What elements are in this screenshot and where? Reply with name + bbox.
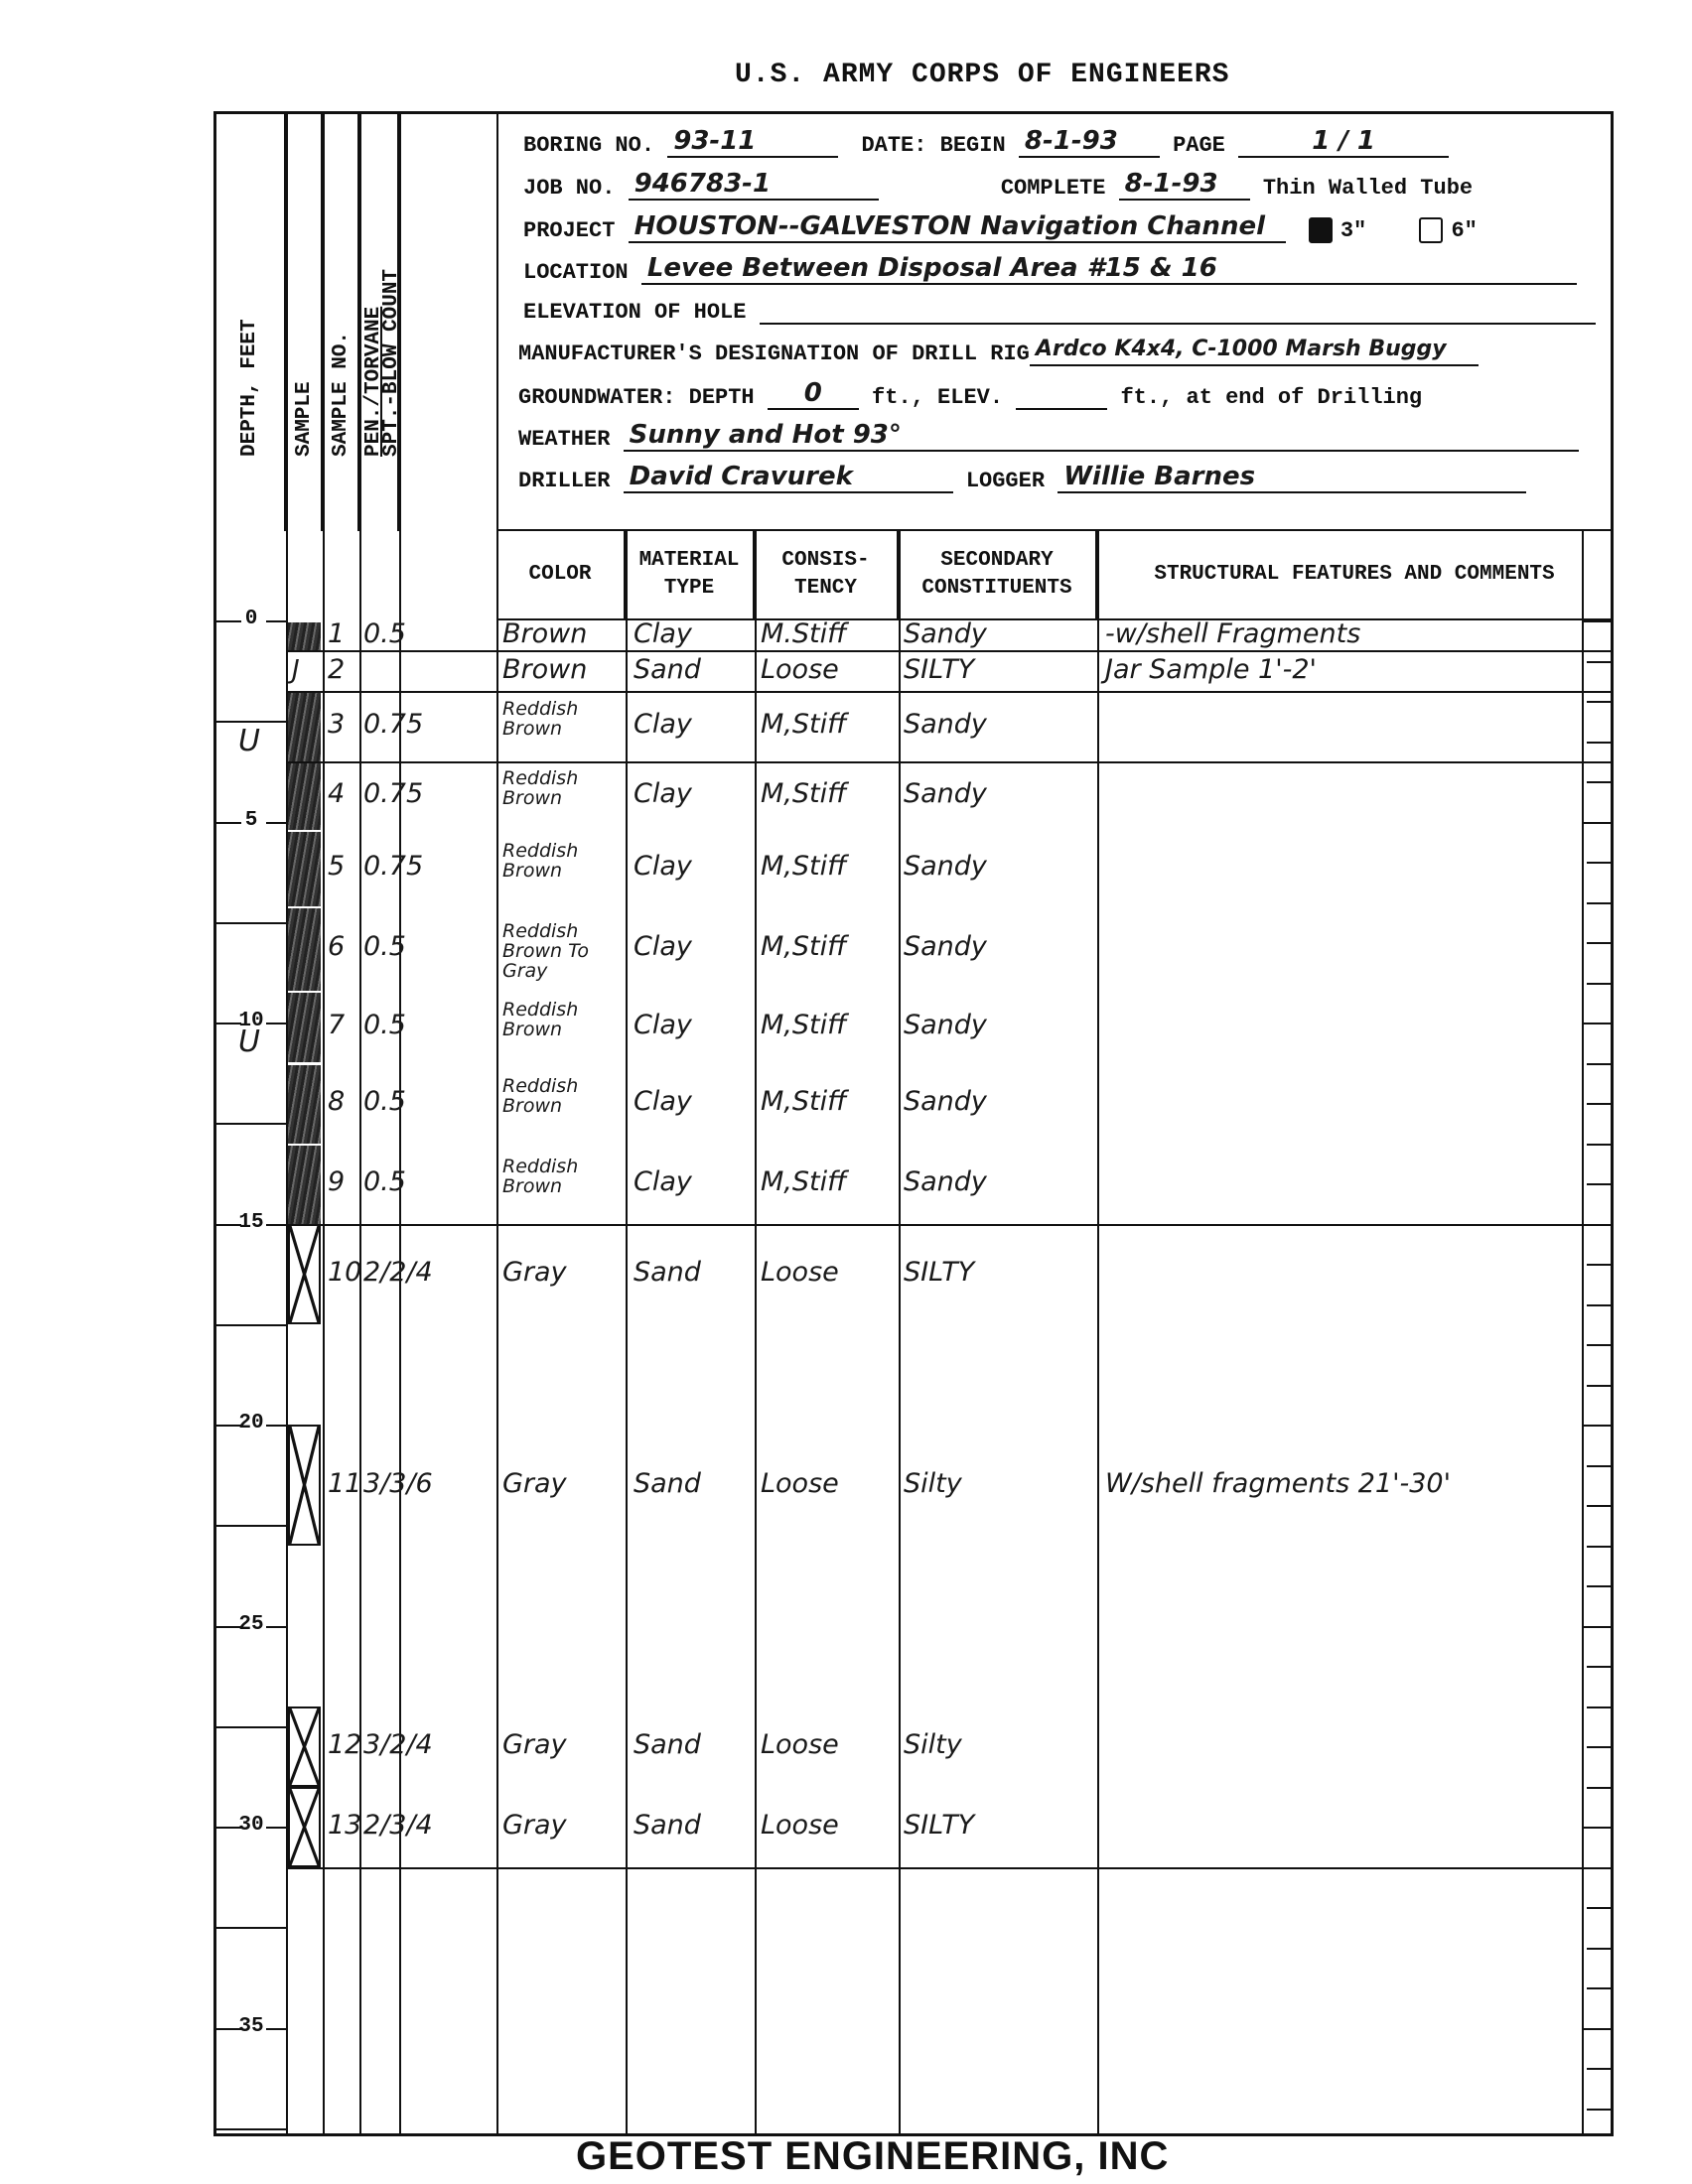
- color-value: Reddish Brown: [502, 1077, 622, 1117]
- consistency-value: M.Stiff: [761, 618, 847, 649]
- tube-sample-marker: [288, 693, 321, 761]
- pen-torvane-value: 3/3/6: [363, 1468, 433, 1499]
- secondary-constituents-value: Silty: [904, 1729, 962, 1760]
- secondary-constituents-column-header: SECONDARY CONSTITUENTS: [899, 531, 1097, 620]
- tube-3in-checkbox[interactable]: [1309, 217, 1333, 243]
- consistency-value: Loose: [761, 654, 839, 685]
- groundwater-elev-field[interactable]: [1016, 380, 1107, 410]
- project-label: PROJECT: [523, 218, 615, 243]
- consistency-value: M,Stiff: [761, 709, 847, 740]
- sample-number: 6: [328, 931, 345, 962]
- consistency-value: M,Stiff: [761, 851, 847, 882]
- thin-walled-tube-label: Thin Walled Tube: [1263, 176, 1473, 201]
- depth-gridline: [216, 1324, 286, 1326]
- row-separator: [286, 650, 1614, 652]
- elevation-label: ELEVATION OF HOLE: [523, 300, 746, 325]
- depth-tick-label: 25: [216, 1613, 286, 1636]
- scale-tick: [1587, 1144, 1614, 1146]
- spt-sample-marker: [288, 1787, 321, 1867]
- scale-tick: [1582, 1023, 1614, 1024]
- secondary-constituents-value: Sandy: [904, 851, 987, 882]
- scale-tick: [1587, 862, 1614, 864]
- sample-number: 9: [328, 1166, 345, 1197]
- driller-row: DRILLER David Cravurek LOGGER Willie Bar…: [518, 462, 1526, 493]
- tube-sample-marker: [288, 763, 321, 830]
- scale-tick: [1582, 822, 1614, 824]
- material-type-value: Sand: [634, 1729, 701, 1760]
- scale-tick: [1582, 1425, 1614, 1427]
- depth-tick-label: 0: [216, 608, 286, 630]
- material-type-value: Sand: [634, 654, 701, 685]
- date-begin-field[interactable]: 8-1-93: [1019, 126, 1160, 158]
- tube-sample-marker: [288, 832, 321, 906]
- row-separator: [286, 1867, 1614, 1869]
- sample-number: 8: [328, 1086, 345, 1117]
- grid-column-line: [323, 114, 325, 2134]
- elevation-field[interactable]: [760, 295, 1596, 325]
- groundwater-depth-field[interactable]: 0: [768, 378, 859, 410]
- scale-tick: [1587, 1264, 1614, 1266]
- sample-label: SAMPLE: [293, 381, 316, 457]
- grid-column-line: [755, 531, 757, 2134]
- secondary-constituents-value: Sandy: [904, 1086, 987, 1117]
- tube-sample-marker: [288, 1146, 321, 1224]
- color-value: Reddish Brown To Gray: [502, 922, 622, 982]
- depth-gridline: [216, 922, 286, 924]
- pen-torvane-value: 3/2/4: [363, 1729, 433, 1760]
- sample-number: 2: [328, 654, 345, 685]
- scale-tick: [1587, 1063, 1614, 1065]
- scale-tick: [1587, 983, 1614, 985]
- scale-tick: [1587, 1505, 1614, 1507]
- ft-elev-label: ft., ELEV.: [872, 385, 1003, 410]
- boring-log-form: DEPTH, FEET SAMPLE SAMPLE NO. PEN./TORVA…: [213, 111, 1614, 2136]
- grid-column-line: [626, 531, 628, 2134]
- consistency-value: Loose: [761, 1810, 839, 1841]
- pen-torvane-value: 0.5: [363, 1010, 406, 1040]
- consistency-value: Loose: [761, 1468, 839, 1499]
- depth-tick-label: 5: [216, 809, 286, 832]
- boring-no-label: BORING NO.: [523, 133, 654, 158]
- consistency-value: M,Stiff: [761, 1166, 847, 1197]
- project-field[interactable]: HOUSTON--GALVESTON Navigation Channel: [629, 211, 1286, 243]
- pen-torvane-value: 0.5: [363, 931, 406, 962]
- spt-sample-marker: [288, 1425, 321, 1546]
- job-no-row: JOB NO. 946783-1 COMPLETE 8-1-93 Thin Wa…: [523, 169, 1473, 201]
- color-value: Reddish Brown: [502, 769, 622, 809]
- date-begin-label: DATE: BEGIN: [861, 133, 1005, 158]
- company-footer: GEOTEST ENGINEERING, INC: [576, 2134, 1169, 2179]
- scale-tick: [1587, 1546, 1614, 1548]
- location-field[interactable]: Levee Between Disposal Area #15 & 16: [641, 253, 1577, 285]
- scale-tick: [1587, 1304, 1614, 1306]
- complete-label: COMPLETE: [1001, 176, 1106, 201]
- sample-number: 5: [328, 851, 345, 882]
- spt-sample-marker: [288, 1224, 321, 1324]
- drill-rig-field[interactable]: Ardco K4x4, C-1000 Marsh Buggy: [1030, 337, 1479, 366]
- logger-field[interactable]: Willie Barnes: [1057, 462, 1526, 493]
- secondary-constituents-value: Sandy: [904, 1166, 987, 1197]
- grid-column-line: [1582, 531, 1584, 2134]
- scale-tick: [1587, 1666, 1614, 1668]
- date-complete-field[interactable]: 8-1-93: [1119, 169, 1250, 201]
- structural-comments-value: W/shell fragments 21'-30': [1105, 1468, 1451, 1499]
- color-value: Brown: [502, 654, 587, 685]
- pen-torvane-value: 0.5: [363, 618, 406, 649]
- consistency-value: Loose: [761, 1257, 839, 1288]
- pen-torvane-value: 0.75: [363, 709, 423, 740]
- color-value: Gray: [502, 1729, 567, 1760]
- pen-torvane-column-header: PEN./TORVANE SPT.-BLOW COUNT: [359, 114, 399, 531]
- agency-title: U.S. ARMY CORPS OF ENGINEERS: [735, 60, 1229, 90]
- pen-torvane-value: 2/3/4: [363, 1810, 433, 1841]
- material-type-value: Clay: [634, 1010, 692, 1040]
- job-no-field[interactable]: 946783-1: [629, 169, 879, 201]
- row-separator: [286, 761, 1614, 763]
- sample-number: 1: [328, 618, 345, 649]
- secondary-constituents-value: Sandy: [904, 778, 987, 809]
- sample-no-label: SAMPLE NO.: [330, 332, 352, 457]
- depth-tick-label: 20: [216, 1412, 286, 1434]
- consistency-value: M,Stiff: [761, 1010, 847, 1040]
- scale-tick: [1587, 1706, 1614, 1708]
- depth-gridline: [216, 1927, 286, 1929]
- scale-tick: [1582, 1626, 1614, 1628]
- weather-field[interactable]: Sunny and Hot 93°: [624, 420, 1579, 452]
- tube-sample-marker: [288, 993, 321, 1063]
- sample-number: 7: [328, 1010, 345, 1040]
- scale-tick: [1587, 1465, 1614, 1467]
- jar-sample-marker: J: [292, 655, 300, 685]
- secondary-constituents-value: Sandy: [904, 618, 987, 649]
- scale-tick: [1587, 661, 1614, 663]
- sample-number: 4: [328, 778, 345, 809]
- material-type-value: Clay: [634, 778, 692, 809]
- secondary-constituents-value: Sandy: [904, 931, 987, 962]
- scale-tick: [1587, 2109, 1614, 2111]
- color-value: Gray: [502, 1468, 567, 1499]
- location-row: LOCATION Levee Between Disposal Area #15…: [523, 253, 1577, 285]
- consistency-value: M,Stiff: [761, 778, 847, 809]
- secondary-constituents-value: SILTY: [904, 1257, 974, 1288]
- scale-tick: [1587, 1344, 1614, 1346]
- pen-torvane-value: 0.75: [363, 851, 423, 882]
- undisturbed-depth-mark: U: [238, 1024, 260, 1059]
- tube-sample-marker: [288, 622, 321, 650]
- pen-torvane-value: 0.5: [363, 1086, 406, 1117]
- secondary-constituents-value: SILTY: [904, 1810, 974, 1841]
- grid-column-line: [496, 531, 498, 2134]
- material-type-value: Sand: [634, 1468, 701, 1499]
- sample-number: 13: [328, 1810, 361, 1841]
- tube-sample-marker: [288, 908, 321, 991]
- color-column-header: COLOR: [496, 531, 626, 620]
- structural-comments-value: -w/shell Fragments: [1105, 618, 1360, 649]
- spt-sample-marker: [288, 1706, 321, 1787]
- location-label: LOCATION: [523, 260, 629, 285]
- drill-rig-label: MANUFACTURER'S DESIGNATION OF DRILL RIG: [518, 341, 1030, 366]
- grid-column-line: [899, 531, 901, 2134]
- sample-number: 10: [328, 1257, 361, 1288]
- material-type-value: Clay: [634, 1166, 692, 1197]
- depth-tick-label: 30: [216, 1814, 286, 1837]
- scale-tick: [1587, 942, 1614, 944]
- scale-tick: [1582, 1827, 1614, 1829]
- scale-tick: [1587, 1987, 1614, 1989]
- structural-comments-value: Jar Sample 1'-2': [1105, 654, 1317, 685]
- scale-tick: [1587, 902, 1614, 904]
- row-separator: [286, 691, 1614, 693]
- consistency-value: M,Stiff: [761, 931, 847, 962]
- pen-torvane-value: 2/2/4: [363, 1257, 433, 1288]
- scale-tick: [1582, 2028, 1614, 2030]
- secondary-constituents-value: Sandy: [904, 1010, 987, 1040]
- scale-tick: [1587, 1907, 1614, 1909]
- color-value: Reddish Brown: [502, 1001, 622, 1040]
- job-no-label: JOB NO.: [523, 176, 615, 201]
- driller-field[interactable]: David Cravurek: [624, 462, 953, 493]
- elevation-row: ELEVATION OF HOLE: [523, 295, 1596, 325]
- logger-label: LOGGER: [966, 469, 1045, 493]
- depth-gridline: [216, 1123, 286, 1125]
- depth-tick-label: 35: [216, 2015, 286, 2038]
- scale-tick: [1587, 1948, 1614, 1950]
- secondary-constituents-value: Sandy: [904, 709, 987, 740]
- depth-gridline: [216, 1525, 286, 1527]
- sample-number: 3: [328, 709, 345, 740]
- material-type-value: Clay: [634, 851, 692, 882]
- groundwater-label: GROUNDWATER: DEPTH: [518, 385, 755, 410]
- depth-gridline: [216, 2128, 286, 2130]
- sample-column-header: SAMPLE: [286, 114, 323, 531]
- material-type-value: Sand: [634, 1810, 701, 1841]
- page-label: PAGE: [1173, 133, 1225, 158]
- boring-no-field[interactable]: 93-11: [667, 126, 838, 158]
- page-field[interactable]: 1 / 1: [1238, 126, 1449, 158]
- consistency-value: M,Stiff: [761, 1086, 847, 1117]
- depth-column-header: DEPTH, FEET: [216, 114, 286, 531]
- scale-tick: [1587, 742, 1614, 744]
- tube-6in-checkbox[interactable]: [1419, 217, 1443, 243]
- end-of-drilling-label: ft., at end of Drilling: [1120, 385, 1422, 410]
- undisturbed-depth-mark: U: [238, 724, 260, 758]
- drill-rig-row: MANUFACTURER'S DESIGNATION OF DRILL RIGA…: [518, 337, 1479, 366]
- pen-torvane-value: 0.5: [363, 1166, 406, 1197]
- material-type-value: Clay: [634, 1086, 692, 1117]
- grid-column-line: [1097, 531, 1099, 2134]
- scale-tick: [1587, 1787, 1614, 1789]
- tube-3in-label: 3": [1340, 218, 1366, 243]
- scale-tick: [1587, 1385, 1614, 1387]
- row-separator: [286, 1224, 1614, 1226]
- depth-gridline: [216, 1726, 286, 1728]
- secondary-constituents-value: SILTY: [904, 654, 974, 685]
- material-type-value: Clay: [634, 709, 692, 740]
- tube-6in-label: 6": [1451, 218, 1477, 243]
- secondary-constituents-value: Silty: [904, 1468, 962, 1499]
- boring-info-block: BORING NO. 93-11 DATE: BEGIN 8-1-93 PAGE…: [496, 114, 1614, 531]
- pen-torvane-value: 0.75: [363, 778, 423, 809]
- groundwater-row: GROUNDWATER: DEPTH 0 ft., ELEV. ft., at …: [518, 378, 1422, 410]
- consistency-value: Loose: [761, 1729, 839, 1760]
- structural-features-column-header: STRUCTURAL FEATURES AND COMMENTS: [1097, 531, 1614, 620]
- scale-tick: [1587, 701, 1614, 703]
- material-type-value: Sand: [634, 1257, 701, 1288]
- scale-tick: [1582, 620, 1614, 622]
- color-value: Brown: [502, 618, 587, 649]
- weather-row: WEATHER Sunny and Hot 93°: [518, 420, 1579, 452]
- tube-sample-marker: [288, 1065, 321, 1144]
- scale-tick: [1587, 1746, 1614, 1748]
- sample-number: 11: [328, 1468, 361, 1499]
- scale-tick: [1587, 1585, 1614, 1587]
- sample-number: 12: [328, 1729, 361, 1760]
- color-value: Gray: [502, 1257, 567, 1288]
- sample-no-column-header: SAMPLE NO.: [323, 114, 359, 531]
- weather-label: WEATHER: [518, 427, 610, 452]
- color-value: Reddish Brown: [502, 700, 622, 740]
- boring-no-row: BORING NO. 93-11 DATE: BEGIN 8-1-93 PAGE…: [523, 126, 1449, 158]
- scale-tick: [1587, 2068, 1614, 2070]
- material-type-value: Clay: [634, 618, 692, 649]
- color-value: Reddish Brown: [502, 842, 622, 882]
- consistency-column-header: CONSIS- TENCY: [755, 531, 899, 620]
- material-type-value: Clay: [634, 931, 692, 962]
- scale-tick: [1587, 781, 1614, 783]
- scale-tick: [1587, 1103, 1614, 1105]
- project-row: PROJECT HOUSTON--GALVESTON Navigation Ch…: [523, 211, 1478, 243]
- depth-feet-label: DEPTH, FEET: [238, 319, 261, 457]
- driller-label: DRILLER: [518, 469, 610, 493]
- color-value: Gray: [502, 1810, 567, 1841]
- scale-tick: [1587, 1183, 1614, 1185]
- depth-tick-label: 15: [216, 1211, 286, 1234]
- color-value: Reddish Brown: [502, 1158, 622, 1197]
- material-type-column-header: MATERIAL TYPE: [626, 531, 755, 620]
